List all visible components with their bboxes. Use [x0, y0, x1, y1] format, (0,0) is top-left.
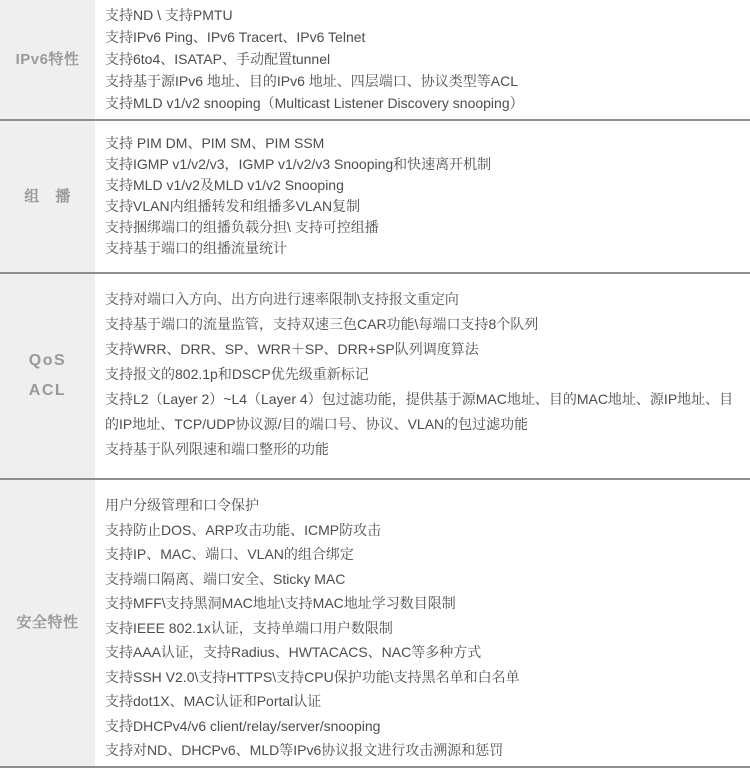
spec-line: 支持WRR、DRR、SP、WRR＋SP、DRR+SP队列调度算法 — [105, 337, 738, 362]
row-label-text: QoS — [29, 346, 66, 376]
spec-line: 支持IGMP v1/v2/v3，IGMP v1/v2/v3 Snooping和快… — [105, 154, 738, 175]
row-label-text: IPv6特性 — [16, 45, 80, 75]
spec-row-security: 安全特性 用户分级管理和口令保护 支持防止DOS、ARP攻击功能、ICMP防攻击… — [0, 480, 750, 768]
spec-line: 支持AAA认证，支持Radius、HWTACACS、NAC等多种方式 — [105, 640, 738, 665]
spec-row-ipv6: IPv6特性 支持ND \ 支持PMTU 支持IPv6 Ping、IPv6 Tr… — [0, 0, 750, 121]
row-content-ipv6: 支持ND \ 支持PMTU 支持IPv6 Ping、IPv6 Tracert、I… — [95, 0, 750, 119]
spec-line: 支持基于队列限速和端口整形的功能 — [105, 437, 738, 462]
row-label-ipv6: IPv6特性 — [0, 0, 95, 119]
spec-line: 支持dot1X、MAC认证和Portal认证 — [105, 689, 738, 714]
spec-line: 支持IEEE 802.1x认证，支持单端口用户数限制 — [105, 616, 738, 641]
row-label-text: 安全特性 — [16, 608, 78, 638]
spec-line: 支持基于源IPv6 地址、目的IPv6 地址、四层端口、协议类型等ACL — [105, 70, 738, 92]
spec-line: 支持MLD v1/v2及MLD v1/v2 Snooping — [105, 175, 738, 196]
spec-line: 支持DHCPv4/v6 client/relay/server/snooping — [105, 714, 738, 739]
spec-line: 支持基于端口的流量监管，支持双速三色CAR功能\每端口支持8个队列 — [105, 312, 738, 337]
row-content-security: 用户分级管理和口令保护 支持防止DOS、ARP攻击功能、ICMP防攻击 支持IP… — [95, 480, 750, 766]
row-content-multicast: 支持 PIM DM、PIM SM、PIM SSM 支持IGMP v1/v2/v3… — [95, 121, 750, 272]
spec-line: 支持对ND、DHCPv6、MLD等IPv6协议报文进行攻击溯源和惩罚 — [105, 738, 738, 763]
spec-line: 支持MLD v1/v2 snooping（Multicast Listener … — [105, 92, 738, 114]
spec-line: 支持IPv6 Ping、IPv6 Tracert、IPv6 Telnet — [105, 26, 738, 48]
spec-line: 支持MFF\支持黑洞MAC地址\支持MAC地址学习数目限制 — [105, 591, 738, 616]
spec-line: 支持基于端口的组播流量统计 — [105, 238, 738, 259]
row-label-security: 安全特性 — [0, 480, 95, 766]
spec-line: 支持 PIM DM、PIM SM、PIM SSM — [105, 133, 738, 154]
spec-line: 支持捆绑端口的组播负载分担\ 支持可控组播 — [105, 217, 738, 238]
row-label-text: 组 播 — [24, 182, 71, 212]
row-label-qos-acl: QoS ACL — [0, 274, 95, 478]
spec-row-multicast: 组 播 支持 PIM DM、PIM SM、PIM SSM 支持IGMP v1/v… — [0, 121, 750, 274]
spec-line: 支持报文的802.1p和DSCP优先级重新标记 — [105, 362, 738, 387]
spec-line: 支持L2（Layer 2）~L4（Layer 4）包过滤功能，提供基于源MAC地… — [105, 387, 738, 437]
spec-line: 支持防止DOS、ARP攻击功能、ICMP防攻击 — [105, 518, 738, 543]
row-label-text: ACL — [29, 376, 66, 406]
spec-line: 支持ND \ 支持PMTU — [105, 4, 738, 26]
spec-table: IPv6特性 支持ND \ 支持PMTU 支持IPv6 Ping、IPv6 Tr… — [0, 0, 750, 768]
row-label-multicast: 组 播 — [0, 121, 95, 272]
spec-line: 支持端口隔离、端口安全、Sticky MAC — [105, 567, 738, 592]
spec-line: 用户分级管理和口令保护 — [105, 493, 738, 518]
spec-line: 支持SSH V2.0\支持HTTPS\支持CPU保护功能\支持黑名单和白名单 — [105, 665, 738, 690]
spec-line: 支持IP、MAC、端口、VLAN的组合绑定 — [105, 542, 738, 567]
spec-line: 支持VLAN内组播转发和组播多VLAN复制 — [105, 196, 738, 217]
spec-line: 支持6to4、ISATAP、手动配置tunnel — [105, 48, 738, 70]
spec-row-qos-acl: QoS ACL 支持对端口入方向、出方向进行速率限制\支持报文重定向 支持基于端… — [0, 274, 750, 480]
spec-line: 支持对端口入方向、出方向进行速率限制\支持报文重定向 — [105, 287, 738, 312]
row-content-qos-acl: 支持对端口入方向、出方向进行速率限制\支持报文重定向 支持基于端口的流量监管，支… — [95, 274, 750, 478]
